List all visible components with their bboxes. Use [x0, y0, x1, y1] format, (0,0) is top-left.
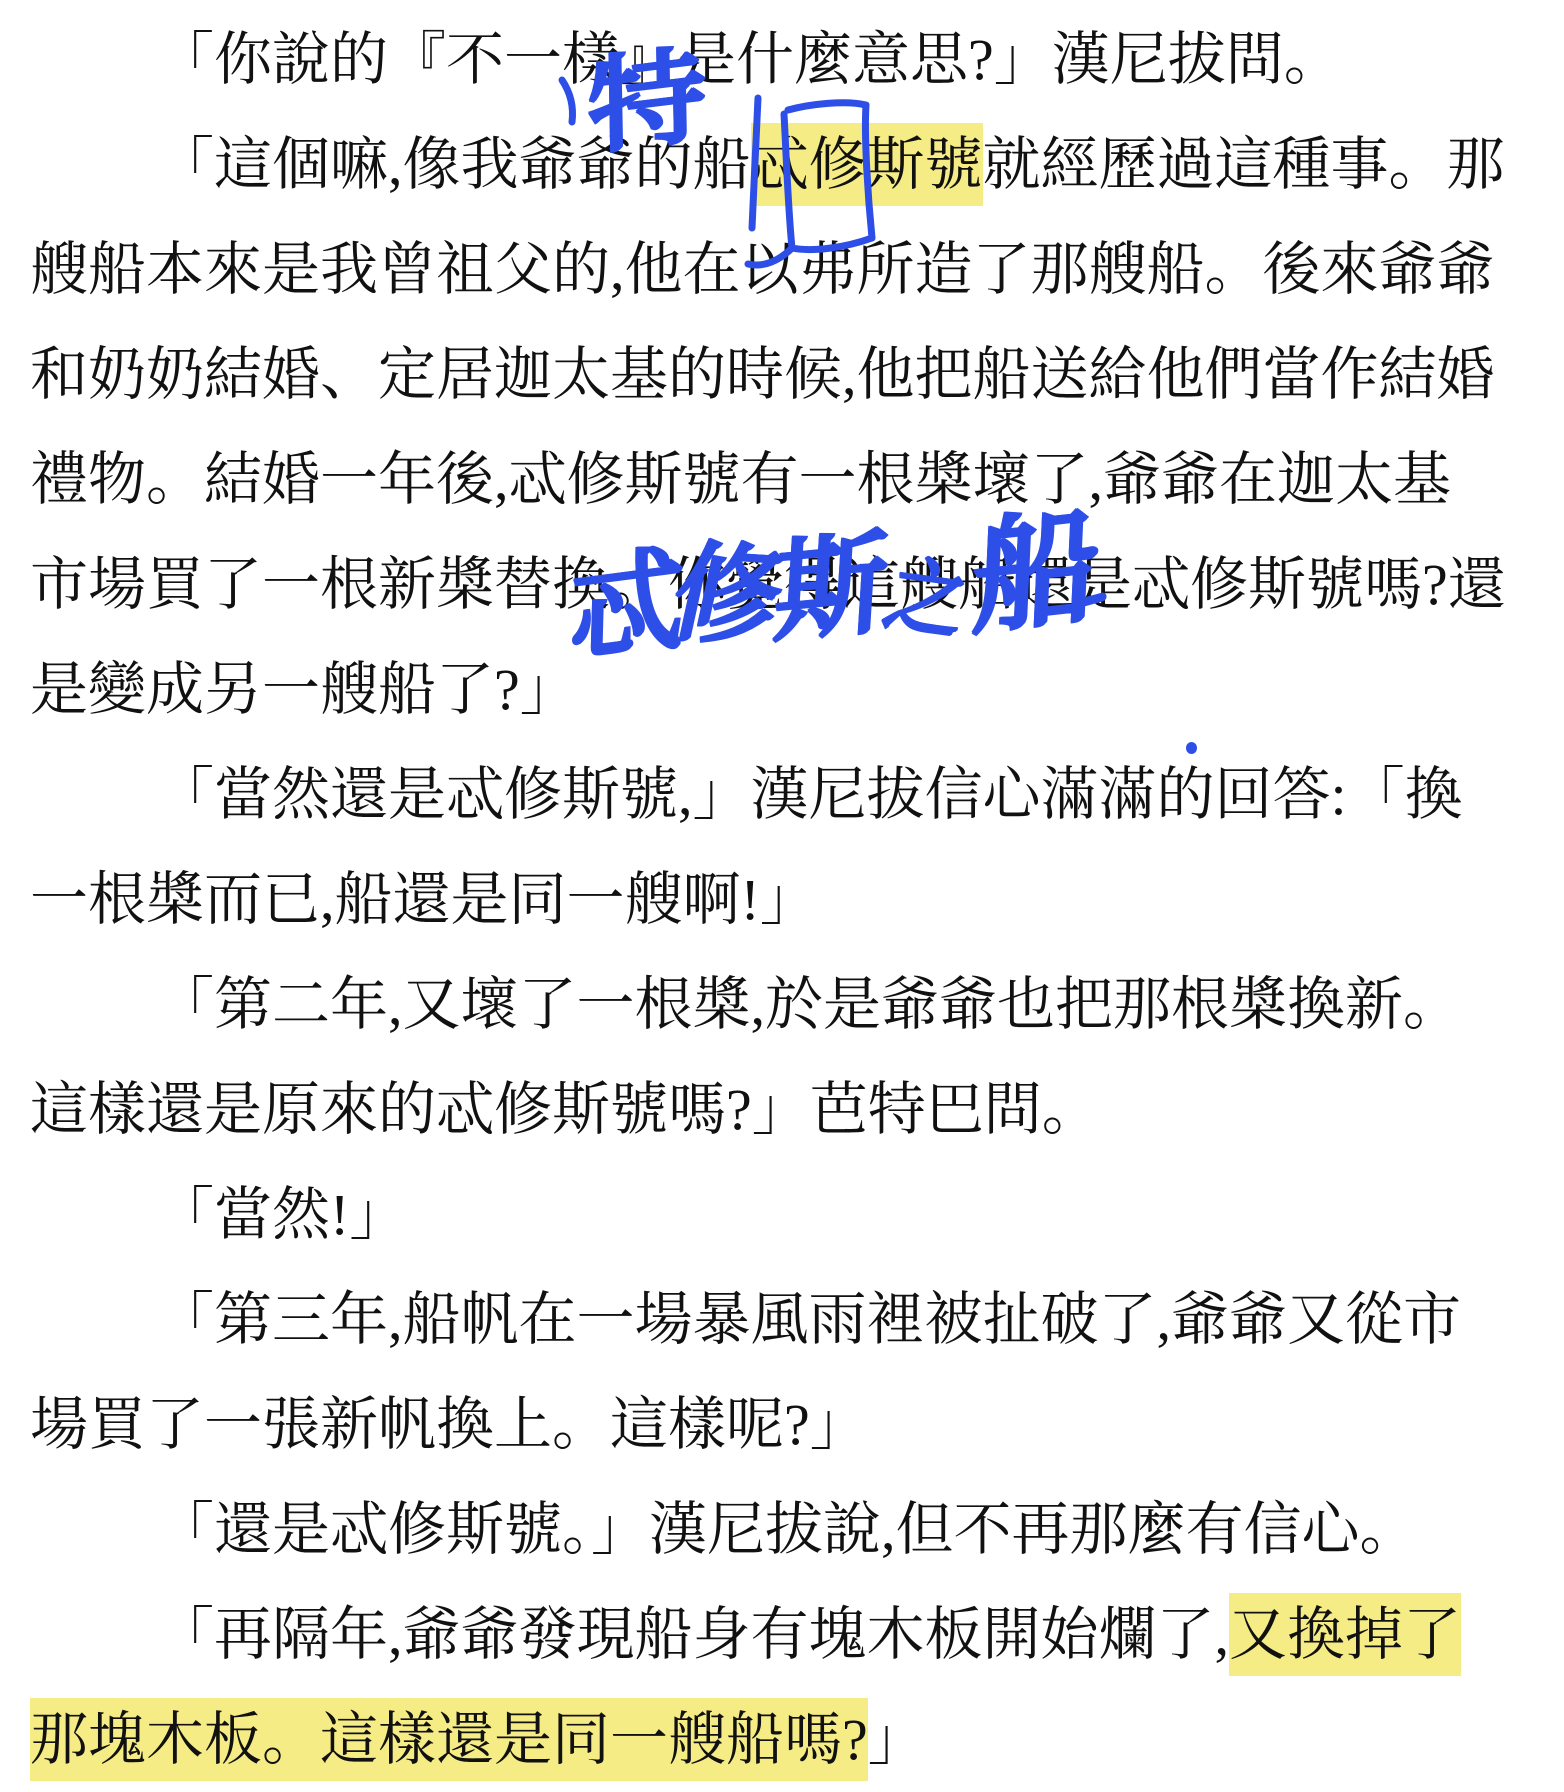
text-segment: 場買了一張新帆換上。這樣呢?」	[30, 1392, 868, 1457]
text-line: 這樣還是原來的忒修斯號嗎?」芭特巴問。	[30, 1057, 1542, 1162]
text-segment: 「第三年,船帆在一場暴風雨裡被扯破了,爺爺又從市	[156, 1287, 1461, 1352]
text-segment: 禮物。結婚一年後,忒修斯號有一根槳壞了,爺爺在迦太基	[30, 447, 1451, 512]
ink-tick-mark	[552, 74, 592, 134]
text-segment: 」	[868, 1707, 926, 1772]
text-segment: 「你說的『不一樣』是什麼意思?」漢尼拔問。	[156, 27, 1342, 92]
handwritten-char: 之	[876, 554, 970, 644]
book-page: 「你說的『不一樣』是什麼意思?」漢尼拔問。「這個嘛,像我爺爺的船忒修斯號就經歷過…	[0, 0, 1564, 1792]
text-segment: 「第二年,又壞了一根槳,於是爺爺也把那根槳換新。	[156, 972, 1461, 1037]
text-line: 和奶奶結婚、定居迦太基的時候,他把船送給他們當作結婚	[30, 322, 1542, 427]
text-segment: 「還是忒修斯號。」漢尼拔說,但不再那麼有信心。	[156, 1497, 1418, 1562]
highlighted-text: 又換掉了	[1229, 1593, 1461, 1676]
text-line: 那塊木板。這樣還是同一艘船嗎?」	[30, 1687, 1542, 1792]
handwritten-char: 修	[662, 539, 782, 653]
text-line: 「還是忒修斯號。」漢尼拔說,但不再那麼有信心。	[30, 1477, 1542, 1582]
handwritten-char: 斯	[771, 529, 881, 651]
text-line: 場買了一張新帆換上。這樣呢?」	[30, 1372, 1542, 1477]
handwritten-phrase: 忒修斯之船	[563, 524, 1120, 651]
text-line: 「當然!」	[30, 1162, 1542, 1267]
handwritten-word-annotation: 特	[586, 43, 707, 162]
text-segment: 一根槳而已,船還是同一艘啊!」	[30, 867, 818, 932]
highlighted-text: 那塊木板。這樣還是同一艘船嗎?	[30, 1698, 868, 1781]
text-segment: 「當然!」	[156, 1182, 407, 1247]
text-line: 「再隔年,爺爺發現船身有塊木板開始爛了,又換掉了	[30, 1582, 1542, 1687]
ink-dot	[1186, 742, 1197, 754]
text-segment: 「再隔年,爺爺發現船身有塊木板開始爛了,	[156, 1602, 1229, 1667]
text-segment: 就經歷過這種事。那	[983, 132, 1505, 197]
handwritten-char: 忒	[568, 544, 674, 669]
text-segment: 「當然還是忒修斯號,」漢尼拔信心滿滿的回答:「換	[156, 762, 1463, 827]
text-segment: 和奶奶結婚、定居迦太基的時候,他把船送給他們當作結婚	[30, 342, 1495, 407]
text-line: 「第三年,船帆在一場暴風雨裡被扯破了,爺爺又從市	[30, 1267, 1542, 1372]
text-line: 「第二年,又壞了一根槳,於是爺爺也把那根槳換新。	[30, 952, 1542, 1057]
ink-box-annotation	[740, 90, 890, 275]
text-line: 禮物。結婚一年後,忒修斯號有一根槳壞了,爺爺在迦太基	[30, 427, 1542, 532]
text-line: 「當然還是忒修斯號,」漢尼拔信心滿滿的回答:「換	[30, 742, 1542, 847]
text-segment: 是變成另一艘船了?」	[30, 657, 578, 722]
handwritten-char: 船	[969, 505, 1090, 643]
text-segment: 這樣還是原來的忒修斯號嗎?」芭特巴問。	[30, 1077, 1100, 1142]
text-line: 一根槳而已,船還是同一艘啊!」	[30, 847, 1542, 952]
